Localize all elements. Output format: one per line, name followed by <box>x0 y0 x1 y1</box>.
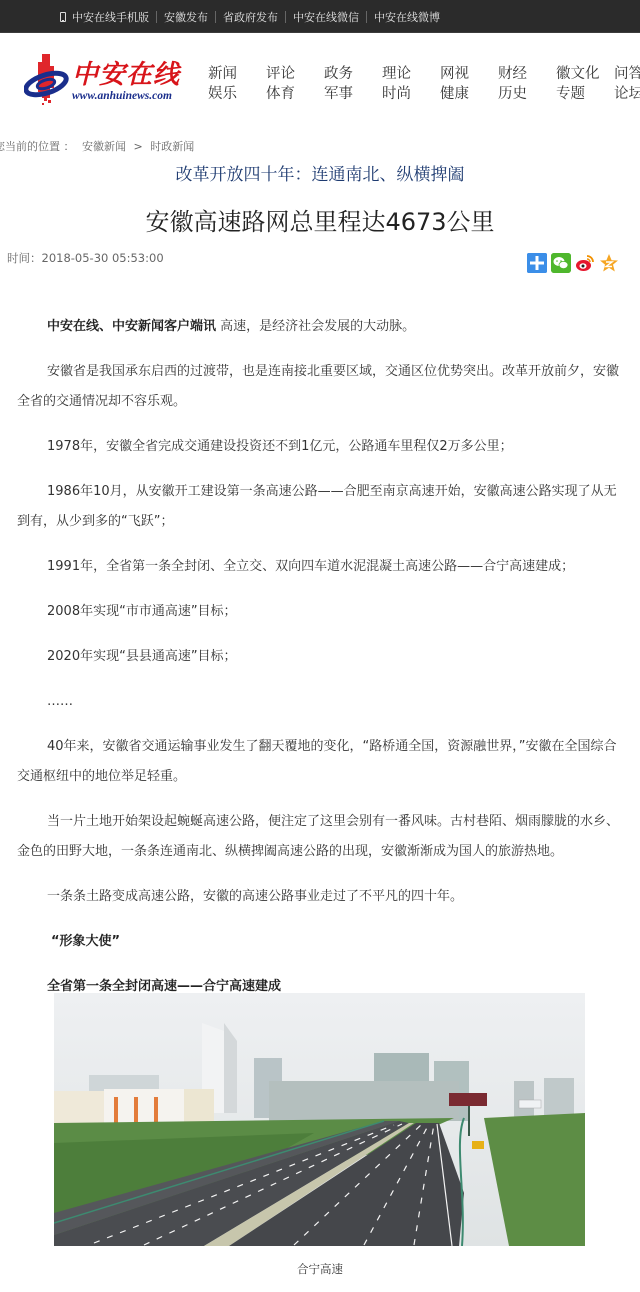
divider <box>156 11 157 23</box>
nav-item-government[interactable]: 政务 <box>324 64 382 84</box>
article-paragraph: 1978年，安徽全省完成交通建设投资还不到1亿元，公路通车里程仅2万多公里； <box>17 432 625 462</box>
article-paragraph: 1986年10月，从安徽开工建设第一条高速公路——合肥至南京高速开始，安徽高速公… <box>17 477 625 537</box>
weibo-icon <box>575 253 595 273</box>
highway-photo-illustration <box>54 993 585 1246</box>
article-paragraph: 2008年实现“市市通高速”目标； <box>17 597 625 627</box>
lead-text: 高速，是经济社会发展的大动脉。 <box>216 319 415 334</box>
nav-item-video[interactable]: 网视 <box>440 64 498 84</box>
nav-column: 理论 时尚 <box>382 64 440 104</box>
article-title: 安徽高速路网总里程达4673公里 <box>0 202 640 237</box>
nav-item-hui-culture[interactable]: 徽文化 <box>556 64 614 84</box>
article-paragraph: 当一片土地开始架设起蜿蜒高速公路，便注定了这里会别有一番风味。古村巷陌、烟雨朦胧… <box>17 807 625 867</box>
topbar-link-label: 安徽发布 <box>164 9 208 25</box>
nav-column: 问答 论坛 <box>614 64 640 104</box>
article-lead: 中安在线、中安新闻客户端讯 高速，是经济社会发展的大动脉。 <box>17 312 625 342</box>
logo-emblem-icon <box>24 52 72 108</box>
article-paragraph: 2020年实现“县县通高速”目标； <box>17 642 625 672</box>
topbar-link-gov-release[interactable]: 省政府发布 <box>223 9 278 25</box>
logo-text: 中安在线 <box>72 54 180 91</box>
share-plus-icon <box>527 253 547 273</box>
breadcrumb: 您当前的位置 ： 安徽新闻 > 时政新闻 <box>0 138 198 154</box>
article-subtitle: 改革开放四十年：连通南北、纵横捭阖 <box>0 160 640 185</box>
divider <box>366 11 367 23</box>
nav-item-sports[interactable]: 体育 <box>266 84 324 104</box>
nav-column: 新闻 娱乐 <box>208 64 266 104</box>
nav-column: 网视 健康 <box>440 64 498 104</box>
site-logo[interactable]: 中安在线 www.anhuinews.com <box>24 52 190 108</box>
logo-url: www.anhuinews.com <box>72 90 172 102</box>
main-nav: 新闻 娱乐 评论 体育 政务 军事 理论 时尚 网视 健康 财经 历史 徽文化 … <box>208 64 640 104</box>
breadcrumb-prefix: 您当前的位置 ： <box>0 140 75 153</box>
article-paragraph: 1991年，全省第一条全封闭、全立交、双向四车道水泥混凝土高速公路——合宁高速建… <box>17 552 625 582</box>
nav-item-military[interactable]: 军事 <box>324 84 382 104</box>
nav-column: 评论 体育 <box>266 64 324 104</box>
topbar-link-label: 省政府发布 <box>223 9 278 25</box>
nav-item-news[interactable]: 新闻 <box>208 64 266 84</box>
nav-item-qa[interactable]: 问答 <box>614 64 640 84</box>
nav-item-fashion[interactable]: 时尚 <box>382 84 440 104</box>
share-weibo-button[interactable] <box>575 253 595 273</box>
article-paragraph: 一条条土路变成高速公路，安徽的高速公路事业走过了不平凡的四十年。 <box>17 882 625 912</box>
nav-item-finance[interactable]: 财经 <box>498 64 556 84</box>
nav-column: 财经 历史 <box>498 64 556 104</box>
photo-caption: 合宁高速 <box>0 1261 640 1277</box>
publish-time: 时间：2018-05-30 05:53:00 <box>7 250 164 266</box>
nav-item-history[interactable]: 历史 <box>498 84 556 104</box>
article-paragraph: 安徽省是我国承东启西的过渡带，也是连南接北重要区域，交通区位优势突出。改革开放前… <box>17 357 625 417</box>
top-bar-links: 中安在线手机版 安徽发布 省政府发布 中安在线微信 中安在线微博 <box>60 0 440 33</box>
nav-item-topics[interactable]: 专题 <box>556 84 614 104</box>
topbar-link-label: 中安在线手机版 <box>72 9 149 25</box>
nav-item-health[interactable]: 健康 <box>440 84 498 104</box>
nav-item-entertainment[interactable]: 娱乐 <box>208 84 266 104</box>
nav-item-forum[interactable]: 论坛 <box>614 84 640 104</box>
topbar-link-label: 中安在线微博 <box>374 9 440 25</box>
divider <box>215 11 216 23</box>
article-body: 中安在线、中安新闻客户端讯 高速，是经济社会发展的大动脉。 安徽省是我国承东启西… <box>17 312 625 1017</box>
topbar-link-weibo[interactable]: 中安在线微博 <box>374 9 440 25</box>
nav-item-commentary[interactable]: 评论 <box>266 64 324 84</box>
divider <box>285 11 286 23</box>
topbar-link-mobile[interactable]: 中安在线手机版 <box>60 9 149 25</box>
share-more-button[interactable] <box>527 253 547 273</box>
qzone-icon <box>599 253 619 273</box>
nav-column: 政务 军事 <box>324 64 382 104</box>
nav-column: 徽文化 专题 <box>556 64 614 104</box>
topbar-link-label: 中安在线微信 <box>293 9 359 25</box>
breadcrumb-anhui-news[interactable]: 安徽新闻 <box>82 140 126 153</box>
share-bar <box>527 253 619 273</box>
wechat-icon <box>551 253 571 273</box>
breadcrumb-separator: > <box>134 140 143 153</box>
topbar-link-wechat[interactable]: 中安在线微信 <box>293 9 359 25</box>
share-qzone-button[interactable] <box>599 253 619 273</box>
phone-icon <box>60 12 66 22</box>
lead-source: 中安在线、中安新闻客户端讯 <box>47 319 216 334</box>
nav-item-theory[interactable]: 理论 <box>382 64 440 84</box>
top-bar: 中安在线手机版 安徽发布 省政府发布 中安在线微信 中安在线微博 <box>0 0 640 33</box>
breadcrumb-politics-news[interactable]: 时政新闻 <box>150 140 194 153</box>
article-photo-highway <box>54 993 585 1246</box>
topbar-link-anhui-release[interactable]: 安徽发布 <box>164 9 208 25</box>
section-heading: “形象大使” <box>17 927 625 957</box>
share-wechat-button[interactable] <box>551 253 571 273</box>
article-paragraph: …… <box>17 687 625 717</box>
site-header: 中安在线 www.anhuinews.com 新闻 娱乐 评论 体育 政务 军事… <box>0 34 640 126</box>
article-paragraph: 40年来，安徽省交通运输事业发生了翻天覆地的变化，“路桥通全国，资源融世界，”安… <box>17 732 625 792</box>
